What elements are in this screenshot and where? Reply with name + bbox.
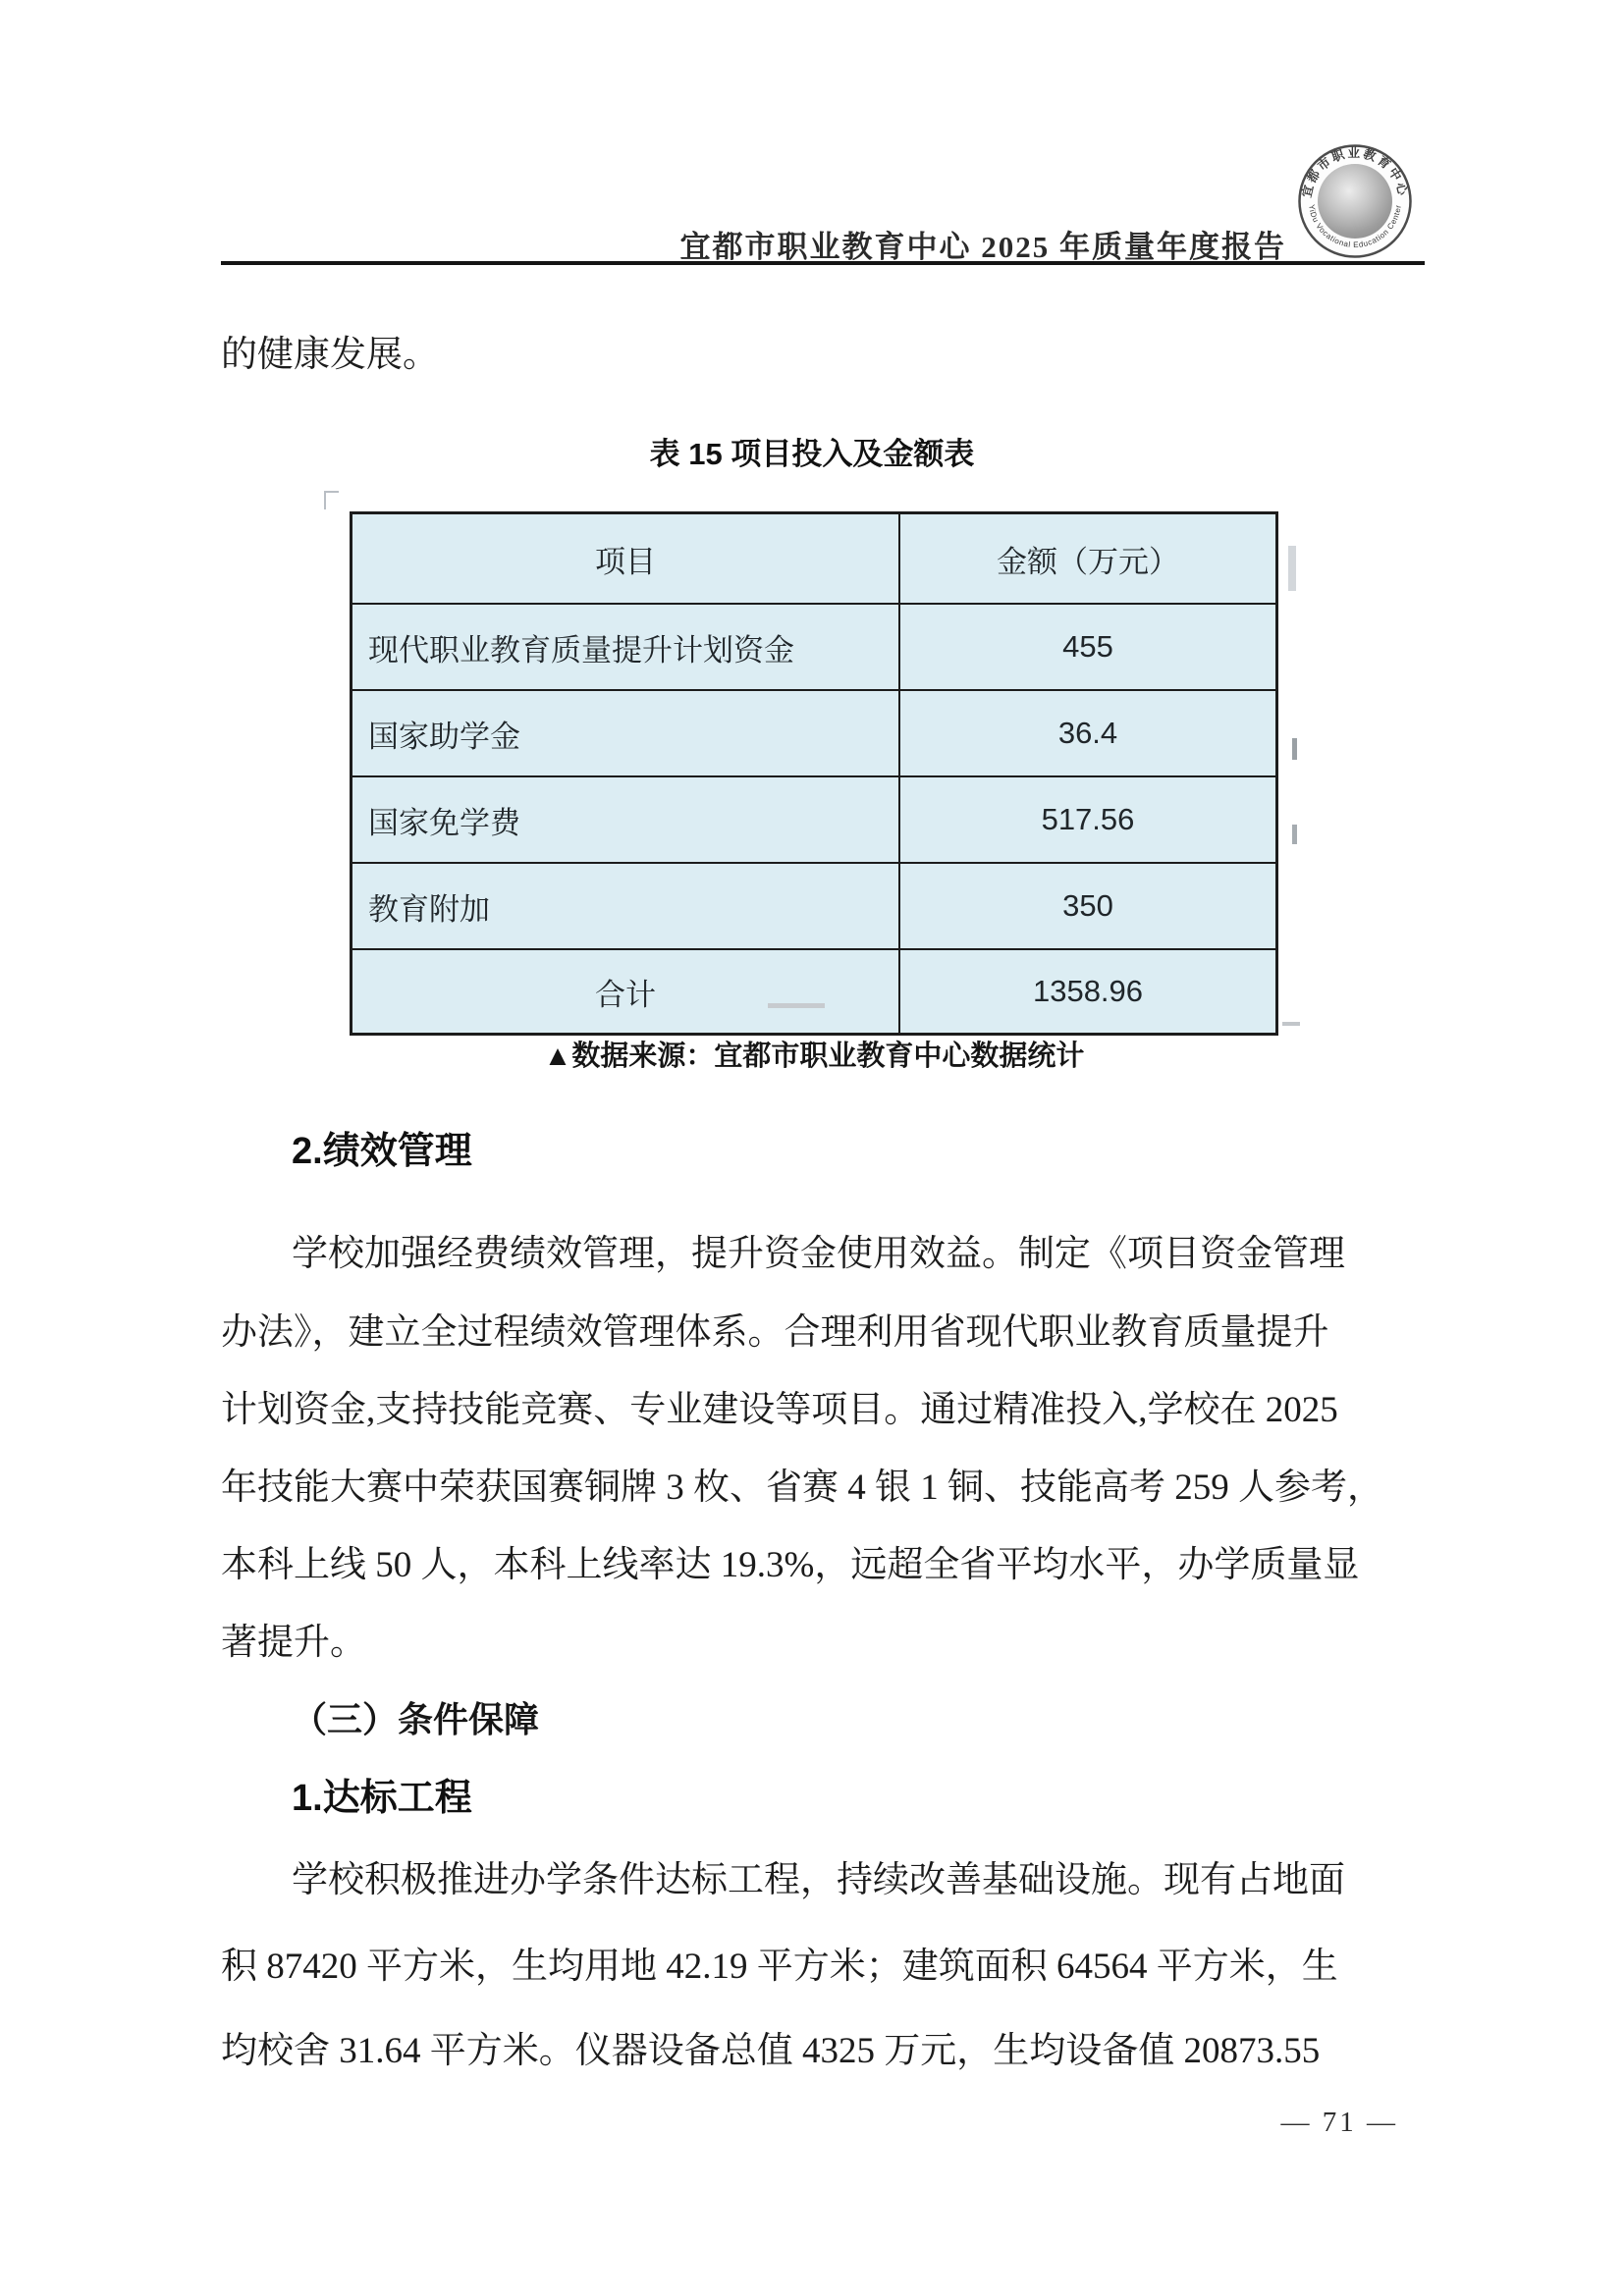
table-cell-amount: 350 — [898, 864, 1275, 948]
table-cell-item: 国家助学金 — [352, 691, 898, 775]
paragraph-line: 年技能大赛中荣获国赛铜牌 3 枚、省赛 4 银 1 铜、技能高考 259 人参考… — [221, 1457, 1383, 1510]
table-total-label: 合计 — [352, 950, 898, 1033]
table-header-amount: 金额（万元） — [898, 514, 1275, 603]
scan-artifact — [1292, 738, 1297, 760]
paragraph-line: 办法》，建立全过程绩效管理体系。合理利用省现代职业教育质量提升 — [221, 1302, 1329, 1355]
investment-table: 项目 金额（万元） 现代职业教育质量提升计划资金 455 国家助学金 36.4 … — [350, 511, 1278, 1036]
scan-artifact — [1292, 825, 1297, 844]
table-row: 现代职业教育质量提升计划资金 455 — [352, 603, 1275, 689]
paragraph-line: 学校积极推进办学条件达标工程，持续改善基础设施。现有占地面 — [292, 1849, 1345, 1902]
seal-logo-icon: 宜都市职业教育中心 YiDu Vocational Education Cent… — [1297, 143, 1413, 259]
table-cell-item: 国家免学费 — [352, 777, 898, 862]
table-cell-item: 现代职业教育质量提升计划资金 — [352, 605, 898, 689]
heading-performance-management: 2.绩效管理 — [292, 1120, 472, 1174]
heading-condition-guarantee: （三）条件保障 — [292, 1692, 539, 1742]
page-number: — 71 — — [1281, 2107, 1399, 2139]
table-total-amount: 1358.96 — [898, 950, 1275, 1033]
page-header-title: 宜都市职业教育中心 2025 年质量年度报告 — [680, 222, 1287, 266]
scan-artifact — [324, 491, 339, 509]
table-cell-amount: 36.4 — [898, 691, 1275, 775]
table-cell-amount: 517.56 — [898, 777, 1275, 862]
table-row: 国家免学费 517.56 — [352, 775, 1275, 862]
table-caption: 表 15 项目投入及金额表 — [0, 429, 1624, 473]
header-rule-line — [221, 261, 1425, 265]
paragraph-line: 计划资金,支持技能竞赛、专业建设等项目。通过精准投入,学校在 2025 — [221, 1379, 1338, 1432]
scan-artifact — [768, 1003, 825, 1008]
table-total-row: 合计 1358.96 — [352, 948, 1275, 1033]
table-row: 教育附加 350 — [352, 862, 1275, 948]
paragraph-line: 本科上线 50 人，本科上线率达 19.3%，远超全省平均水平，办学质量显 — [221, 1534, 1359, 1587]
paragraph-line: 学校加强经费绩效管理，提升资金使用效益。制定《项目资金管理 — [292, 1223, 1345, 1276]
heading-standard-project: 1.达标工程 — [292, 1767, 472, 1821]
paragraph-line: 均校舍 31.64 平方米。仪器设备总值 4325 万元，生均设备值 20873… — [221, 2020, 1320, 2073]
table-cell-item: 教育附加 — [352, 864, 898, 948]
paragraph-line: 积 87420 平方米，生均用地 42.19 平方米；建筑面积 64564 平方… — [221, 1936, 1338, 1989]
intro-line: 的健康发展。 — [221, 324, 439, 377]
document-page: 宜都市职业教育中心 2025 年质量年度报告 宜都市职业教育中心 YiDu Vo… — [0, 0, 1624, 2296]
paragraph-line: 著提升。 — [221, 1612, 366, 1665]
scan-artifact — [1282, 1022, 1300, 1026]
school-seal-logo: 宜都市职业教育中心 YiDu Vocational Education Cent… — [1297, 143, 1413, 259]
table-row: 国家助学金 36.4 — [352, 689, 1275, 775]
table-header-row: 项目 金额（万元） — [352, 514, 1275, 603]
table-source-note: ▲数据来源：宜都市职业教育中心数据统计 — [350, 1034, 1278, 1074]
table-header-item: 项目 — [352, 514, 898, 603]
table-cell-amount: 455 — [898, 605, 1275, 689]
scan-artifact — [1288, 546, 1296, 591]
